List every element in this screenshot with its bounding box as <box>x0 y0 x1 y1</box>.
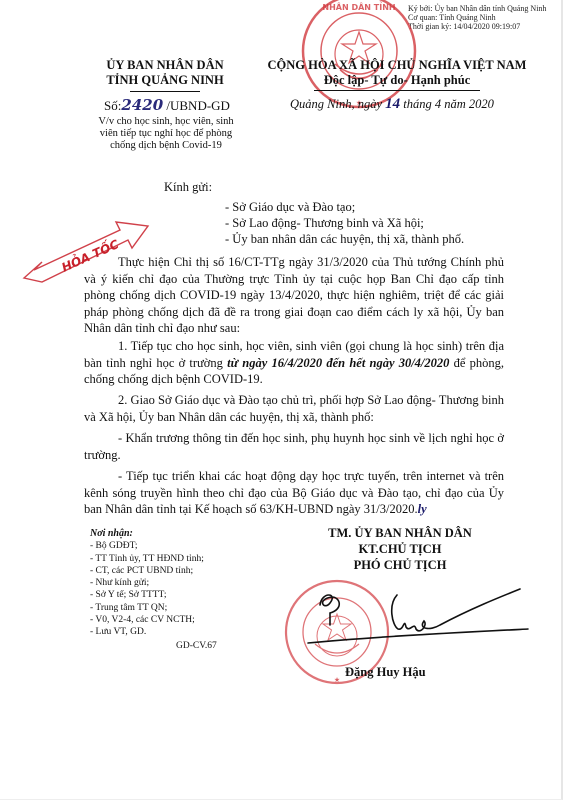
motto: Độc lập- Tự do- Hạnh phúc <box>262 73 532 88</box>
addressee-list: - Sở Giáo dục và Đào tạo; - Sở Lao động-… <box>225 199 464 247</box>
divider <box>130 91 200 92</box>
handwritten-day: 14 <box>385 96 400 112</box>
addressee-label: Kính gửi: <box>164 180 212 195</box>
handwritten-signature-icon <box>300 585 530 665</box>
recipients-title: Nơi nhận: <box>90 528 204 540</box>
national-motto: CỘNG HÒA XÃ HỘI CHỦ NGHĨA VIỆT NAM Độc l… <box>262 58 532 91</box>
document-number: Số:2420 /UBND-GD <box>82 96 252 114</box>
signing-time: Thời gian ký: 14/04/2020 09:19:07 <box>408 22 546 31</box>
recipient-item: - Sở Y tế; Sở TTTT; <box>90 589 204 601</box>
signing-agency: Cơ quan: Tỉnh Quảng Ninh <box>408 13 546 22</box>
recipient-item: - CT, các PCT UBND tỉnh; <box>90 565 204 577</box>
recipients-list: Nơi nhận: - Bộ GDĐT; - TT Tỉnh ủy, TT HĐ… <box>90 528 204 639</box>
authority-line2: TỈNH QUẢNG NINH <box>80 73 250 88</box>
item-2-paragraph: 2. Giao Sở Giáo dục và Đào tạo chủ trì, … <box>84 392 504 425</box>
item-2b-paragraph: - Tiếp tục triển khai các hoạt động dạy … <box>84 468 504 518</box>
issuing-authority: ỦY BAN NHÂN DÂN TỈNH QUẢNG NINH <box>80 58 250 92</box>
addressee-item: - Sở Giáo dục và Đào tạo; <box>225 199 464 215</box>
addressee-item: - Sở Lao động- Thương binh và Xã hội; <box>225 215 464 231</box>
signed-by: Ký bởi: Ủy ban Nhân dân tỉnh Quảng Ninh <box>408 4 546 13</box>
handwritten-initials: ly <box>418 502 427 516</box>
divider <box>314 90 480 91</box>
country-name: CỘNG HÒA XÃ HỘI CHỦ NGHĨA VIỆT NAM <box>262 58 532 73</box>
handwritten-number: 2420 <box>121 96 163 114</box>
recipient-item: - Trung tâm TT QN; <box>90 602 204 614</box>
item-2a-paragraph: - Khẩn trương thông tin đến học sinh, ph… <box>84 430 504 463</box>
recipient-item: - Như kính gửi; <box>90 577 204 589</box>
svg-text:NHÂN DÂN TỈNH: NHÂN DÂN TỈNH <box>322 1 395 12</box>
official-seal-icon: NHÂN DÂN TỈNH ★ <box>300 0 418 110</box>
signer-name: Đặng Huy Hậu <box>345 665 426 680</box>
recipient-item: - TT Tỉnh ủy, TT HĐND tỉnh; <box>90 553 204 565</box>
recipient-item: - Bộ GDĐT; <box>90 540 204 552</box>
signature-title: TM. ỦY BAN NHÂN DÂN KT.CHỦ TỊCH PHÓ CHỦ … <box>305 525 495 573</box>
recipient-item: - Lưu VT, GD. <box>90 626 204 638</box>
document-subject: V/v cho học sinh, học viên, sinh viên ti… <box>80 116 252 152</box>
digital-signature-info: Ký bởi: Ủy ban Nhân dân tỉnh Quảng Ninh … <box>408 4 546 31</box>
addressee-item: - Ủy ban nhân dân các huyện, thị xã, thà… <box>225 231 464 247</box>
closure-period: từ ngày 16/4/2020 đến hết ngày 30/4/2020 <box>227 356 449 370</box>
svg-text:★: ★ <box>334 676 340 684</box>
item-1-paragraph: 1. Tiếp tục cho học sinh, học viên, sinh… <box>84 338 504 388</box>
document-code: GD-CV.67 <box>176 641 217 651</box>
recipient-item: - V0, V2-4, các CV NCTH; <box>90 614 204 626</box>
document-date: Quảng Ninh, ngày 14 tháng 4 năm 2020 <box>290 96 550 113</box>
intro-paragraph: Thực hiện Chỉ thị số 16/CT-TTg ngày 31/3… <box>84 254 504 337</box>
authority-line1: ỦY BAN NHÂN DÂN <box>80 58 250 73</box>
document-page: Ký bởi: Ủy ban Nhân dân tỉnh Quảng Ninh … <box>0 0 563 800</box>
